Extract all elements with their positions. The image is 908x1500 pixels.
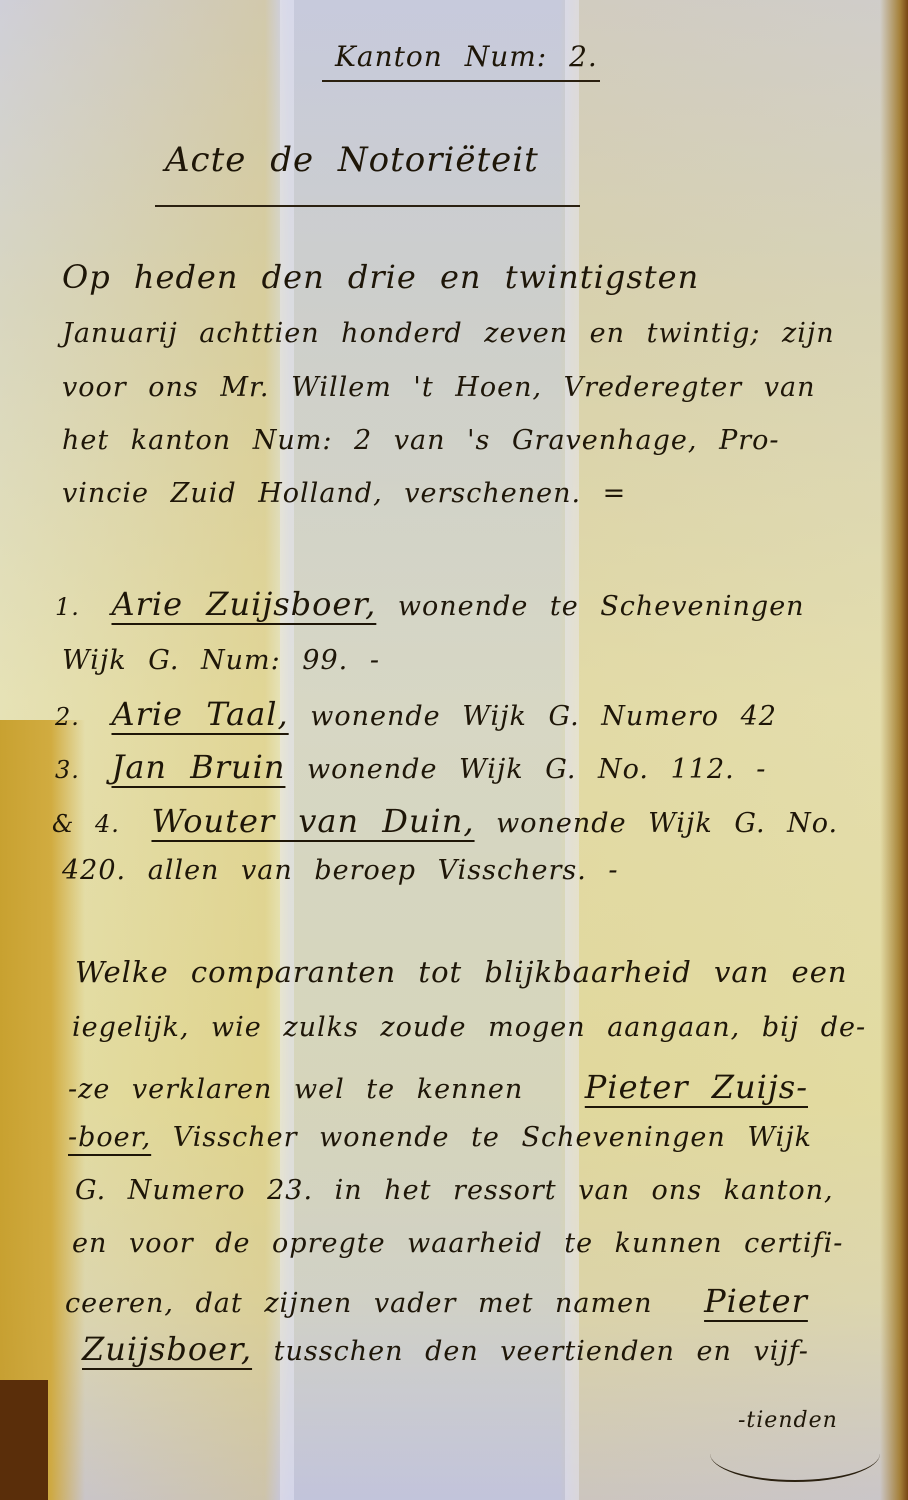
shadow-bottom-left <box>0 1380 48 1500</box>
body-line-3: -ze verklaren wel te kennen Pieter Zuijs… <box>68 1068 808 1106</box>
title-rule <box>155 205 580 207</box>
subject-name-cont: -boer, <box>68 1122 151 1153</box>
witness-1-cont: Wijk G. Num: 99. - <box>62 645 380 676</box>
header-rule <box>322 80 600 82</box>
subject-name: Pieter Zuijs- <box>585 1068 808 1106</box>
witness-1: 1. Arie Zuijsboer, wonende te Schevening… <box>55 585 805 623</box>
document-title: Acte de Notoriëteit <box>165 140 539 180</box>
body-line-7: ceeren, dat zijnen vader met namen Piete… <box>65 1282 808 1320</box>
witness-2: 2. Arie Taal, wonende Wijk G. Numero 42 <box>55 695 777 733</box>
body-line-8: Zuijsboer, tusschen den veertienden en v… <box>82 1330 809 1368</box>
document-header: Kanton Num: 2. <box>335 40 598 73</box>
father-name-cont: Zuijsboer, <box>82 1330 252 1368</box>
witness-4: & 4. Wouter van Duin, wonende Wijk G. No… <box>52 802 838 840</box>
body-text: Visscher wonende te Scheveningen Wijk <box>173 1122 812 1153</box>
witness-number: & 4. <box>52 810 120 838</box>
father-name: Pieter <box>704 1282 808 1320</box>
catchword: -tienden <box>738 1408 838 1433</box>
witness-3: 3. Jan Bruin wonende Wijk G. No. 112. - <box>55 748 766 786</box>
witness-name: Arie Zuijsboer, <box>112 585 377 623</box>
intro-line-2: Januarij achttien honderd zeven en twint… <box>62 318 835 349</box>
witness-4-cont: 420. allen van beroep Visschers. - <box>62 855 619 886</box>
witness-name: Wouter van Duin, <box>151 802 474 840</box>
body-line-6: en voor de opregte waarheid te kunnen ce… <box>72 1228 843 1259</box>
body-text: tusschen den veertienden en vijf- <box>274 1336 809 1367</box>
witness-number: 2. <box>55 703 80 731</box>
body-text: -ze verklaren wel te kennen <box>68 1074 523 1105</box>
witness-residence: wonende Wijk G. No. <box>496 808 838 839</box>
witness-residence: wonende Wijk G. Numero 42 <box>310 701 777 732</box>
witness-number: 1. <box>55 593 80 621</box>
intro-line-5: vincie Zuid Holland, verschenen. = <box>62 478 626 509</box>
body-line-1: Welke comparanten tot blijkbaarheid van … <box>75 955 848 989</box>
body-line-4: -boer, Visscher wonende te Scheveningen … <box>68 1122 812 1153</box>
intro-line-3: voor ons Mr. Willem 't Hoen, Vrederegter… <box>62 372 816 403</box>
witness-name: Jan Bruin <box>112 748 286 786</box>
intro-line-4: het kanton Num: 2 van 's Gravenhage, Pro… <box>62 425 780 456</box>
witness-number: 3. <box>55 756 80 784</box>
intro-line-1: Op heden den drie en twintigsten <box>62 258 699 296</box>
body-text: ceeren, dat zijnen vader met namen <box>65 1288 652 1319</box>
witness-residence: wonende Wijk G. No. 112. - <box>307 754 766 785</box>
witness-residence: wonende te Scheveningen <box>398 591 805 622</box>
witness-name: Arie Taal, <box>112 695 289 733</box>
body-line-2: iegelijk, wie zulks zoude mogen aangaan,… <box>72 1012 866 1043</box>
body-line-5: G. Numero 23. in het ressort van ons kan… <box>75 1175 834 1206</box>
